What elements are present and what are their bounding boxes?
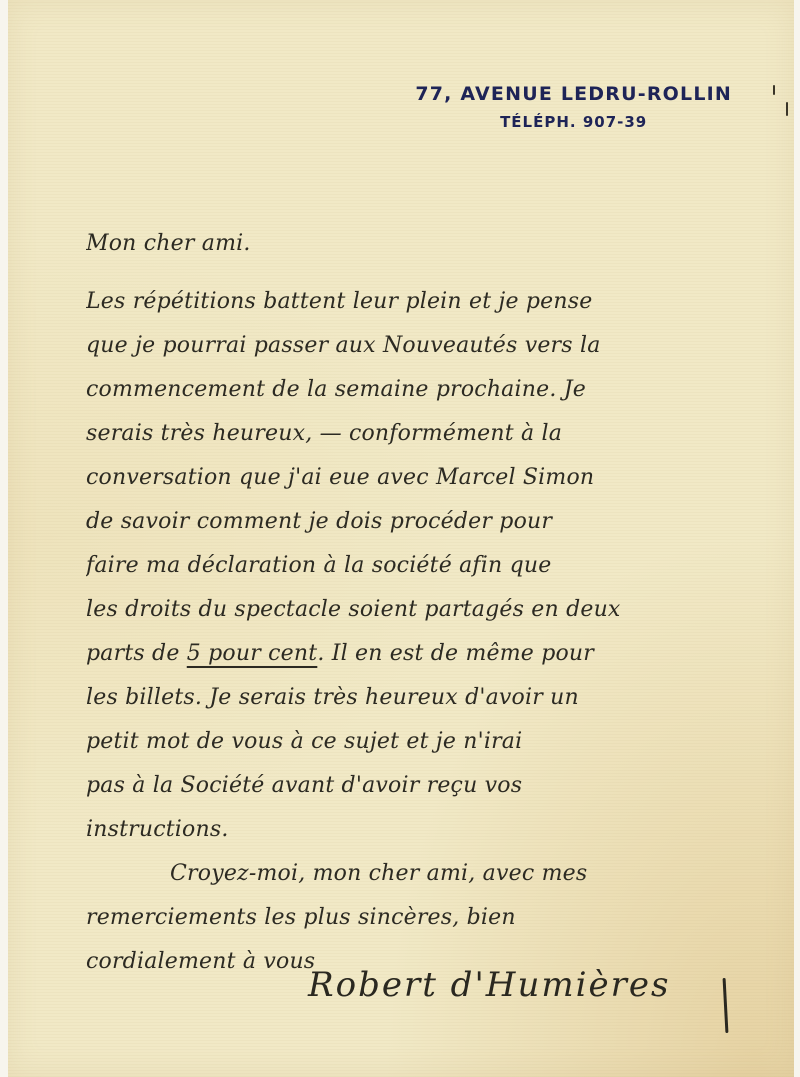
underlined-phrase: 5 pour cent xyxy=(187,641,318,666)
body-line: serais très heureux, — conformément à la xyxy=(86,412,776,456)
body-line: commencement de la semaine prochaine. Je xyxy=(86,368,776,412)
letter-page: 77, AVENUE LEDRU-ROLLIN TÉLÉPH. 907-39 M… xyxy=(8,0,794,1077)
letterhead: 77, AVENUE LEDRU-ROLLIN TÉLÉPH. 907-39 xyxy=(415,83,732,131)
letterhead-address: 77, AVENUE LEDRU-ROLLIN xyxy=(415,83,732,105)
closing-line: remerciements les plus sincères, bien xyxy=(86,896,776,940)
body-line: pas à la Société avant d'avoir reçu vos xyxy=(86,764,776,808)
letter-body: Mon cher ami. Les répétitions battent le… xyxy=(86,222,776,984)
signature: Robert d'Humières xyxy=(308,965,670,1005)
body-line: Les répétitions battent leur plein et je… xyxy=(86,280,776,324)
salutation: Mon cher ami. xyxy=(86,222,776,266)
body-line: conversation que j'ai eue avec Marcel Si… xyxy=(86,456,776,500)
body-line: que je pourrai passer aux Nouveautés ver… xyxy=(86,324,776,368)
body-line: les billets. Je serais très heureux d'av… xyxy=(86,676,776,720)
letterhead-telephone: TÉLÉPH. 907-39 xyxy=(415,113,732,131)
body-line: petit mot de vous à ce sujet et je n'ira… xyxy=(86,720,776,764)
edge-mark xyxy=(773,85,775,95)
body-line: parts de 5 pour cent. Il en est de même … xyxy=(86,632,776,676)
body-line: les droits du spectacle soient partagés … xyxy=(86,588,776,632)
closing-line: Croyez-moi, mon cher ami, avec mes xyxy=(86,852,776,896)
body-line: faire ma déclaration à la société afin q… xyxy=(86,544,776,588)
signature-flourish xyxy=(723,978,729,1033)
body-line: de savoir comment je dois procéder pour xyxy=(86,500,776,544)
edge-mark xyxy=(786,102,788,116)
body-line: instructions. xyxy=(86,808,776,852)
